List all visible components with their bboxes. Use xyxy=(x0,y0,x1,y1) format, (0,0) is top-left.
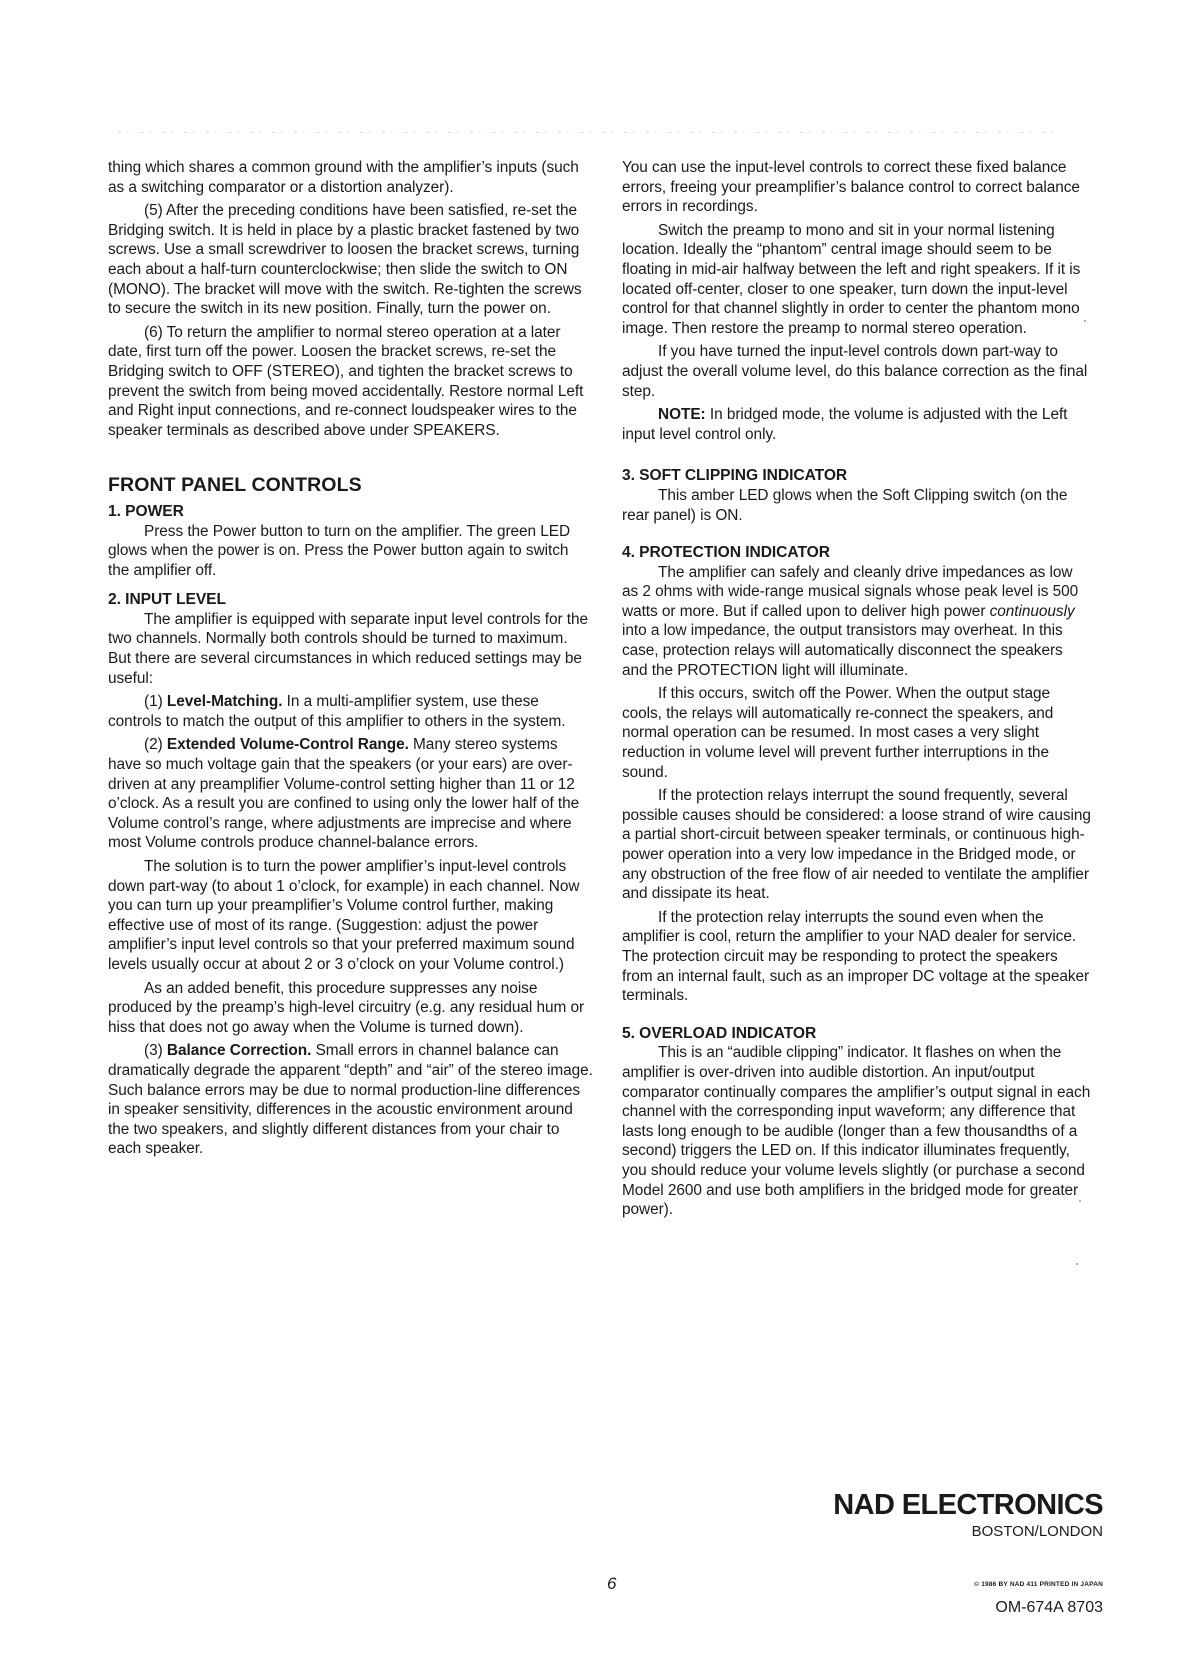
overload-section: 5. OVERLOAD INDICATOR This is an “audibl… xyxy=(622,1024,1092,1220)
brand-logo-text: NAD ELECTRONICS xyxy=(833,1489,1103,1521)
emphasis-text: continuously xyxy=(990,603,1075,620)
item-number: (1) xyxy=(144,693,167,710)
protection-text: into a low impedance, the output transis… xyxy=(622,622,1063,678)
power-section: 1. POWER Press the Power button to turn … xyxy=(108,502,593,580)
item-number: (3) xyxy=(144,1042,167,1059)
brand-block: NAD ELECTRONICS BOSTON/LONDON xyxy=(833,1489,1103,1541)
item-number: (2) xyxy=(144,736,167,753)
continuation-paragraph: thing which shares a common ground with … xyxy=(108,158,593,197)
solution-paragraph: The solution is to turn the power amplif… xyxy=(108,857,593,975)
protection-heading: 4. PROTECTION INDICATOR xyxy=(622,543,1092,563)
overload-body: This is an “audible clipping” indicator.… xyxy=(622,1043,1092,1219)
bridging-step-6: (6) To return the amplifier to normal st… xyxy=(108,323,593,441)
protection-frequently-paragraph: If the protection relays interrupt the s… xyxy=(622,786,1092,904)
protection-cool-paragraph: If the protection relay interrupts the s… xyxy=(622,908,1092,1006)
input-level-intro: The amplifier is equipped with separate … xyxy=(108,610,593,688)
scan-speck xyxy=(1076,1263,1078,1265)
input-level-heading: 2. INPUT LEVEL xyxy=(108,590,593,610)
bridged-note: NOTE: In bridged mode, the volume is adj… xyxy=(622,405,1092,444)
protection-body: The amplifier can safely and cleanly dri… xyxy=(622,563,1092,681)
left-column: thing which shares a common ground with … xyxy=(108,158,593,1169)
input-level-section: 2. INPUT LEVEL The amplifier is equipped… xyxy=(108,590,593,1159)
balance-correction-item: (3) Balance Correction. Small errors in … xyxy=(108,1041,593,1159)
bridging-step-5: (5) After the preceding conditions have … xyxy=(108,201,593,319)
note-label: NOTE: xyxy=(658,406,706,423)
print-info: © 1986 BY NAD 411 PRINTED IN JAPAN xyxy=(974,1581,1103,1588)
item-title: Extended Volume-Control Range. xyxy=(167,736,409,753)
level-matching-item: (1) Level-Matching. In a multi-amplifier… xyxy=(108,692,593,731)
brand-cities: BOSTON/LONDON xyxy=(833,1523,1103,1541)
item-text: Many stereo systems have so much voltage… xyxy=(108,736,579,851)
scan-speck xyxy=(1084,320,1086,322)
section-title-front-panel-controls: FRONT PANEL CONTROLS xyxy=(108,476,593,496)
soft-clipping-body: This amber LED glows when the Soft Clipp… xyxy=(622,486,1092,525)
extended-volume-item: (2) Extended Volume-Control Range. Many … xyxy=(108,735,593,853)
scan-artifact-line xyxy=(118,132,1063,133)
right-column: You can use the input-level controls to … xyxy=(622,158,1092,1230)
item-title: Balance Correction. xyxy=(167,1042,311,1059)
item-text: Small errors in channel balance can dram… xyxy=(108,1042,593,1157)
mono-paragraph: Switch the preamp to mono and sit in you… xyxy=(622,221,1092,339)
protection-section: 4. PROTECTION INDICATOR The amplifier ca… xyxy=(622,543,1092,1006)
fixed-balance-paragraph: You can use the input-level controls to … xyxy=(622,158,1092,217)
page-number: 6 xyxy=(607,1574,616,1594)
partway-paragraph: If you have turned the input-level contr… xyxy=(622,342,1092,401)
scan-speck xyxy=(1079,1200,1081,1202)
power-body: Press the Power button to turn on the am… xyxy=(108,522,593,581)
document-number: OM-674A 8703 xyxy=(995,1599,1103,1617)
overload-heading: 5. OVERLOAD INDICATOR xyxy=(622,1024,1092,1044)
power-heading: 1. POWER xyxy=(108,502,593,522)
soft-clipping-section: 3. SOFT CLIPPING INDICATOR This amber LE… xyxy=(622,466,1092,525)
protection-occurs-paragraph: If this occurs, switch off the Power. Wh… xyxy=(622,684,1092,782)
item-title: Level-Matching. xyxy=(167,693,283,710)
soft-clipping-heading: 3. SOFT CLIPPING INDICATOR xyxy=(622,466,1092,486)
benefit-paragraph: As an added benefit, this procedure supp… xyxy=(108,979,593,1038)
